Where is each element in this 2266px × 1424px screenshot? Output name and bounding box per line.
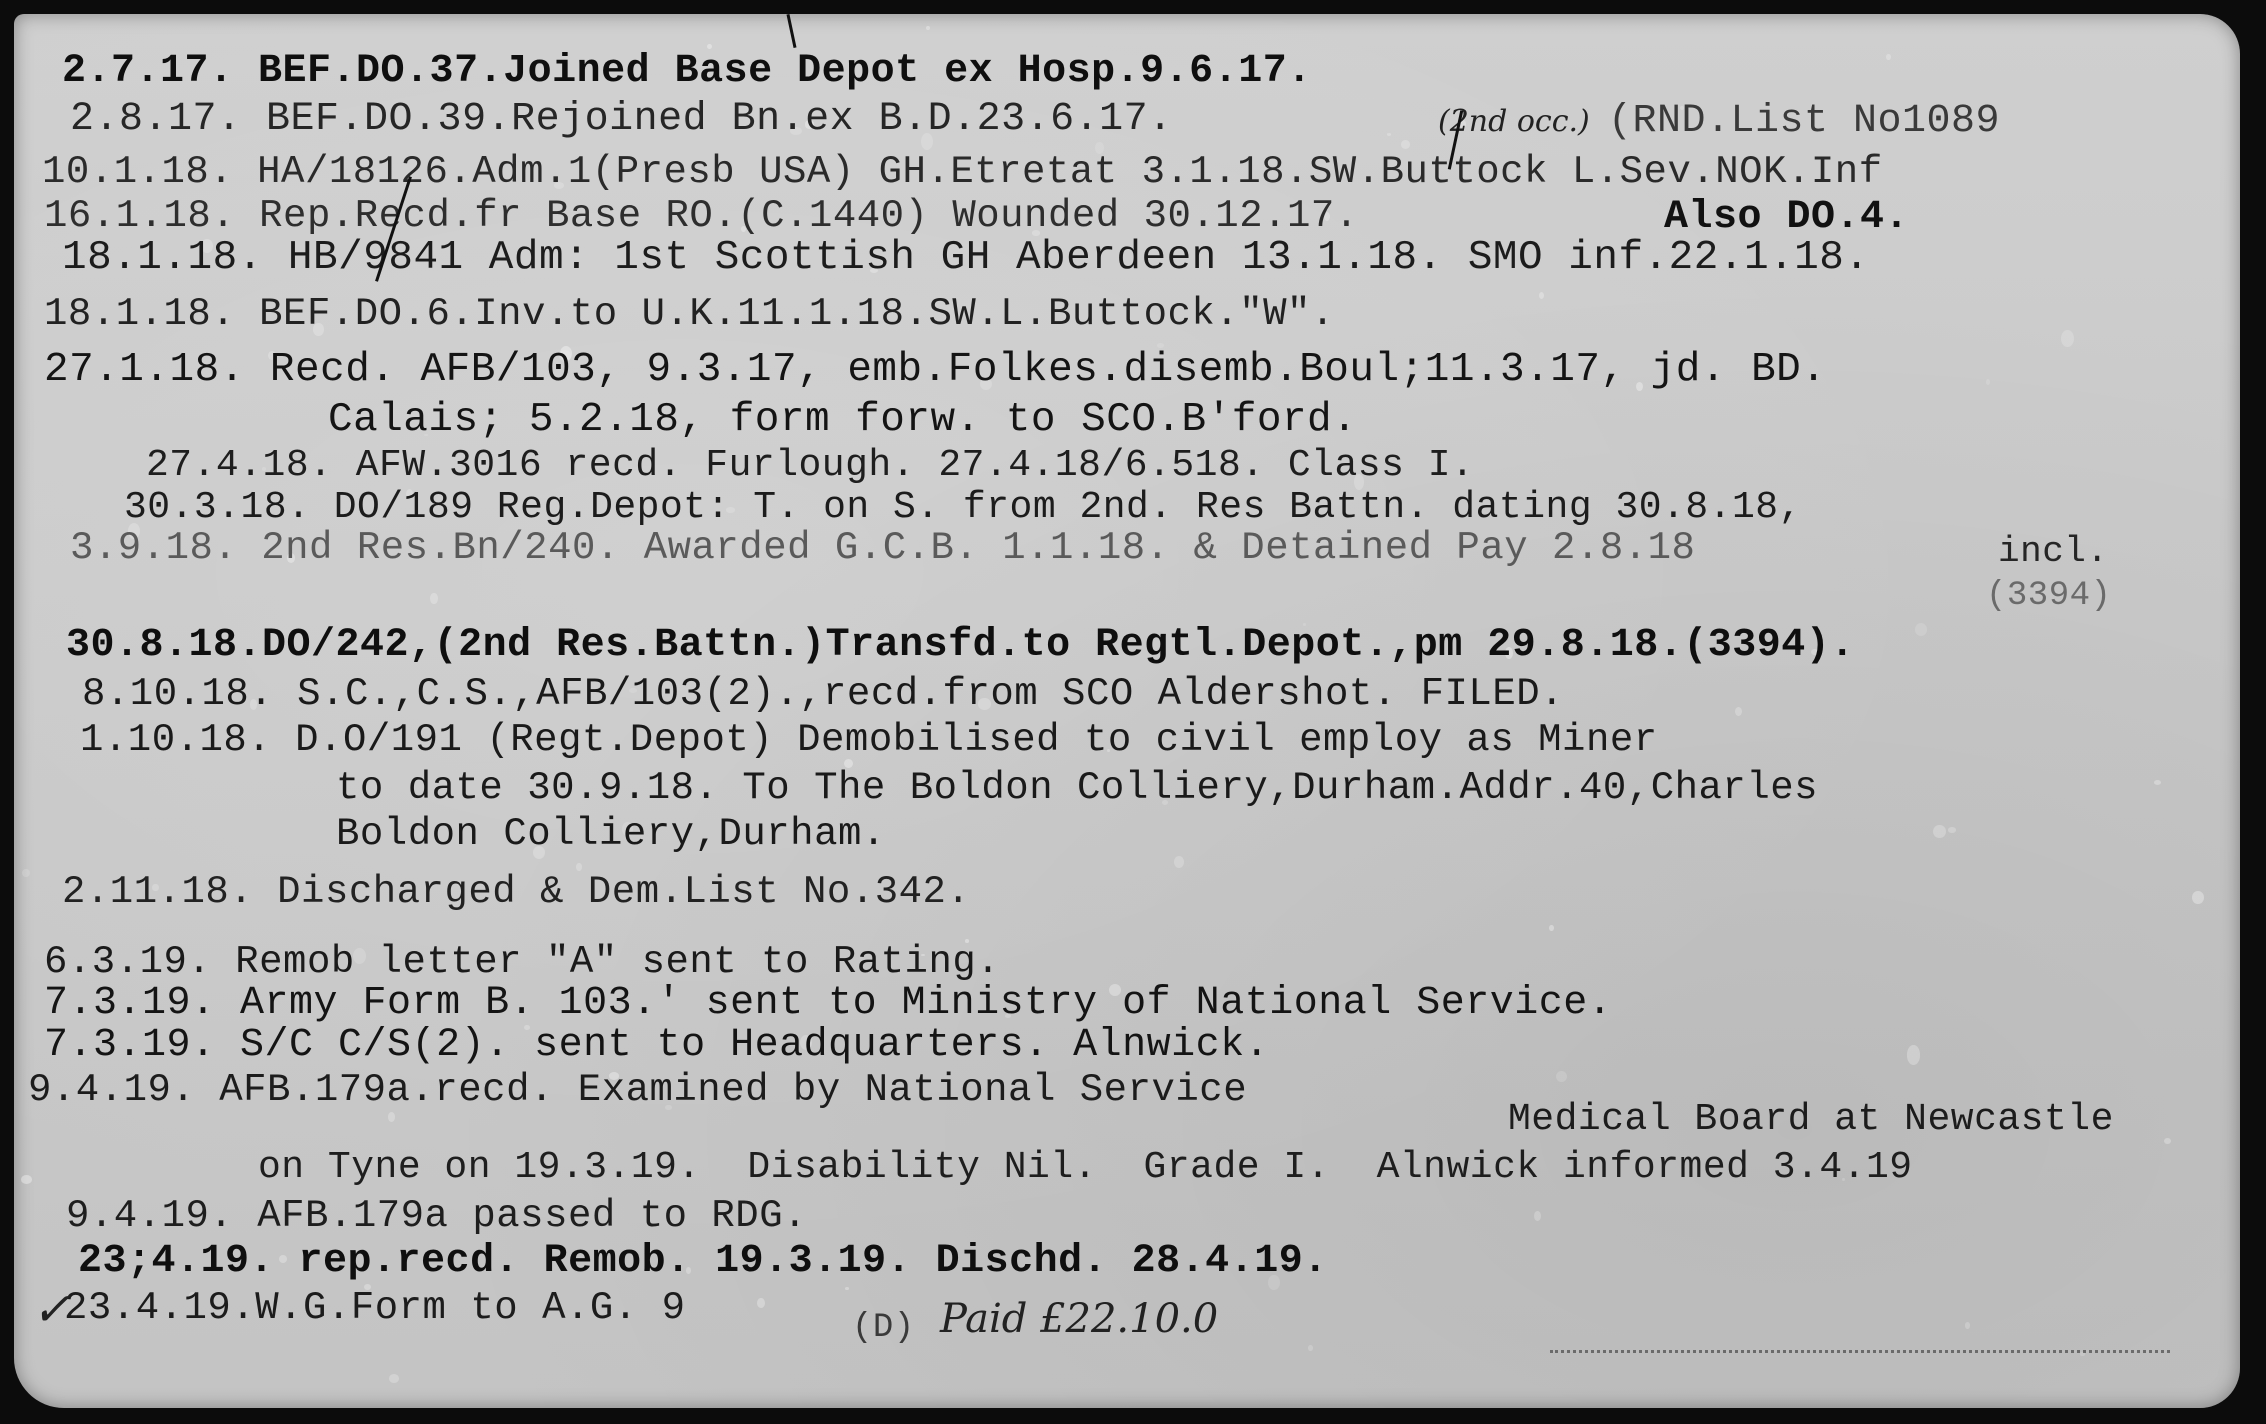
paper-speck [1308, 1345, 1312, 1351]
paper-speck [1986, 379, 1990, 385]
paper-speck [2154, 780, 2161, 785]
entry-line: 1.10.18. D.O/191 (Regt.Depot) Demobilise… [80, 718, 1658, 762]
entry-line: 7.3.19. Army Form B. 103.' sent to Minis… [44, 982, 1612, 1026]
entry-line: Boldon Colliery,Durham. [336, 812, 886, 856]
entry-line: incl. [1998, 530, 2109, 574]
paper-speck [926, 26, 930, 30]
entry-line: 7.3.19. S/C C/S(2). sent to Headquarters… [44, 1024, 1269, 1068]
paper-speck [22, 869, 30, 877]
typed-note: (RND.List No1089 [1608, 100, 2000, 144]
entry-line: to date 30.9.18. To The Boldon Colliery,… [336, 766, 1818, 810]
entry-line: 8.10.18. S.C.,C.S.,AFB/103(2).,recd.from… [82, 672, 1564, 716]
paper-speck [389, 1374, 399, 1383]
paper-speck [2061, 330, 2074, 348]
paper-speck [845, 1287, 849, 1290]
paper-speck [2164, 1138, 2171, 1144]
entry-line: 6.3.19. Remob letter "A" sent to Rating. [44, 940, 1000, 984]
entry-line: 23.4.19.W.G.Form to A.G. 9 [64, 1286, 686, 1330]
paper-speck [1915, 623, 1927, 636]
paper-speck [1174, 856, 1184, 868]
entry-line: 30.8.18.DO/242,(2nd Res.Battn.)Transfd.t… [66, 624, 1855, 668]
entry-line: 9.4.19. AFB.179a passed to RDG. [66, 1194, 807, 1238]
paper-speck [2192, 891, 2204, 905]
entry-line: 27.4.18. AFW.3016 recd. Furlough. 27.4.1… [146, 444, 1474, 488]
paper-speck [1549, 925, 1554, 931]
typed-note: (D) [852, 1306, 915, 1350]
entry-line: 30.3.18. DO/189 Reg.Depot: T. on S. from… [124, 486, 1802, 530]
paper-speck [1933, 825, 1946, 839]
entry-line: 10.1.18. HA/18126.Adm.1(Presb USA) GH.Et… [42, 150, 1883, 194]
entry-line: 3.9.18. 2nd Res.Bn/240. Awarded G.C.B. 1… [70, 526, 1695, 570]
paper-speck [1387, 133, 1392, 136]
entry-line: (3394) [1986, 574, 2111, 618]
paper-speck [430, 593, 437, 605]
service-record-card: 2.7.17. BEF.DO.37.Joined Base Depot ex H… [14, 14, 2240, 1408]
entry-line: 2.11.18. Discharged & Dem.List No.342. [62, 870, 970, 914]
entry-line: 2.8.17. BEF.DO.39.Rejoined Bn.ex B.D.23.… [70, 98, 1173, 142]
paper-speck [21, 1175, 33, 1184]
handwritten-note: Paid £22.10.0 [940, 1296, 1218, 1342]
paper-speck [1948, 827, 1956, 832]
entry-line: 23;4.19. rep.recd. Remob. 19.3.19. Disch… [78, 1240, 1328, 1284]
entry-line: 2.7.17. BEF.DO.37.Joined Base Depot ex H… [62, 50, 1312, 94]
pen-stroke-top [786, 14, 796, 48]
entry-line: Medical Board at Newcastle [1508, 1098, 2114, 1142]
paper-speck [388, 1112, 395, 1122]
signature-rule [1550, 1350, 2170, 1353]
paper-speck [1735, 707, 1742, 716]
paper-speck [1534, 1211, 1541, 1221]
paper-speck [1556, 1071, 1567, 1082]
paper-speck [1965, 1322, 1970, 1329]
handwritten-note: ✓ [32, 1282, 71, 1336]
paper-speck [1886, 54, 1890, 60]
paper-speck [1539, 292, 1544, 299]
entry-line: 18.1.18. HB/9841 Adm: 1st Scottish GH Ab… [62, 236, 1870, 280]
entry-line: 9.4.19. AFB.179a.recd. Examined by Natio… [28, 1068, 1247, 1112]
entry-line: 27.1.18. Recd. AFB/103, 9.3.17, emb.Folk… [44, 348, 1826, 392]
paper-speck [1401, 140, 1410, 148]
entry-line: Also DO.4. [1664, 196, 1909, 240]
entry-line: 16.1.18. Rep.Recd.fr Base RO.(C.1440) Wo… [44, 194, 1359, 238]
entry-line: on Tyne on 19.3.19. Disability Nil. Grad… [258, 1146, 1913, 1190]
entry-line: 18.1.18. BEF.DO.6.Inv.to U.K.11.1.18.SW.… [44, 292, 1335, 336]
paper-speck [1907, 1045, 1920, 1064]
paper-speck [757, 1298, 765, 1308]
entry-line: Calais; 5.2.18, form forw. to SCO.B'ford… [328, 398, 1357, 442]
